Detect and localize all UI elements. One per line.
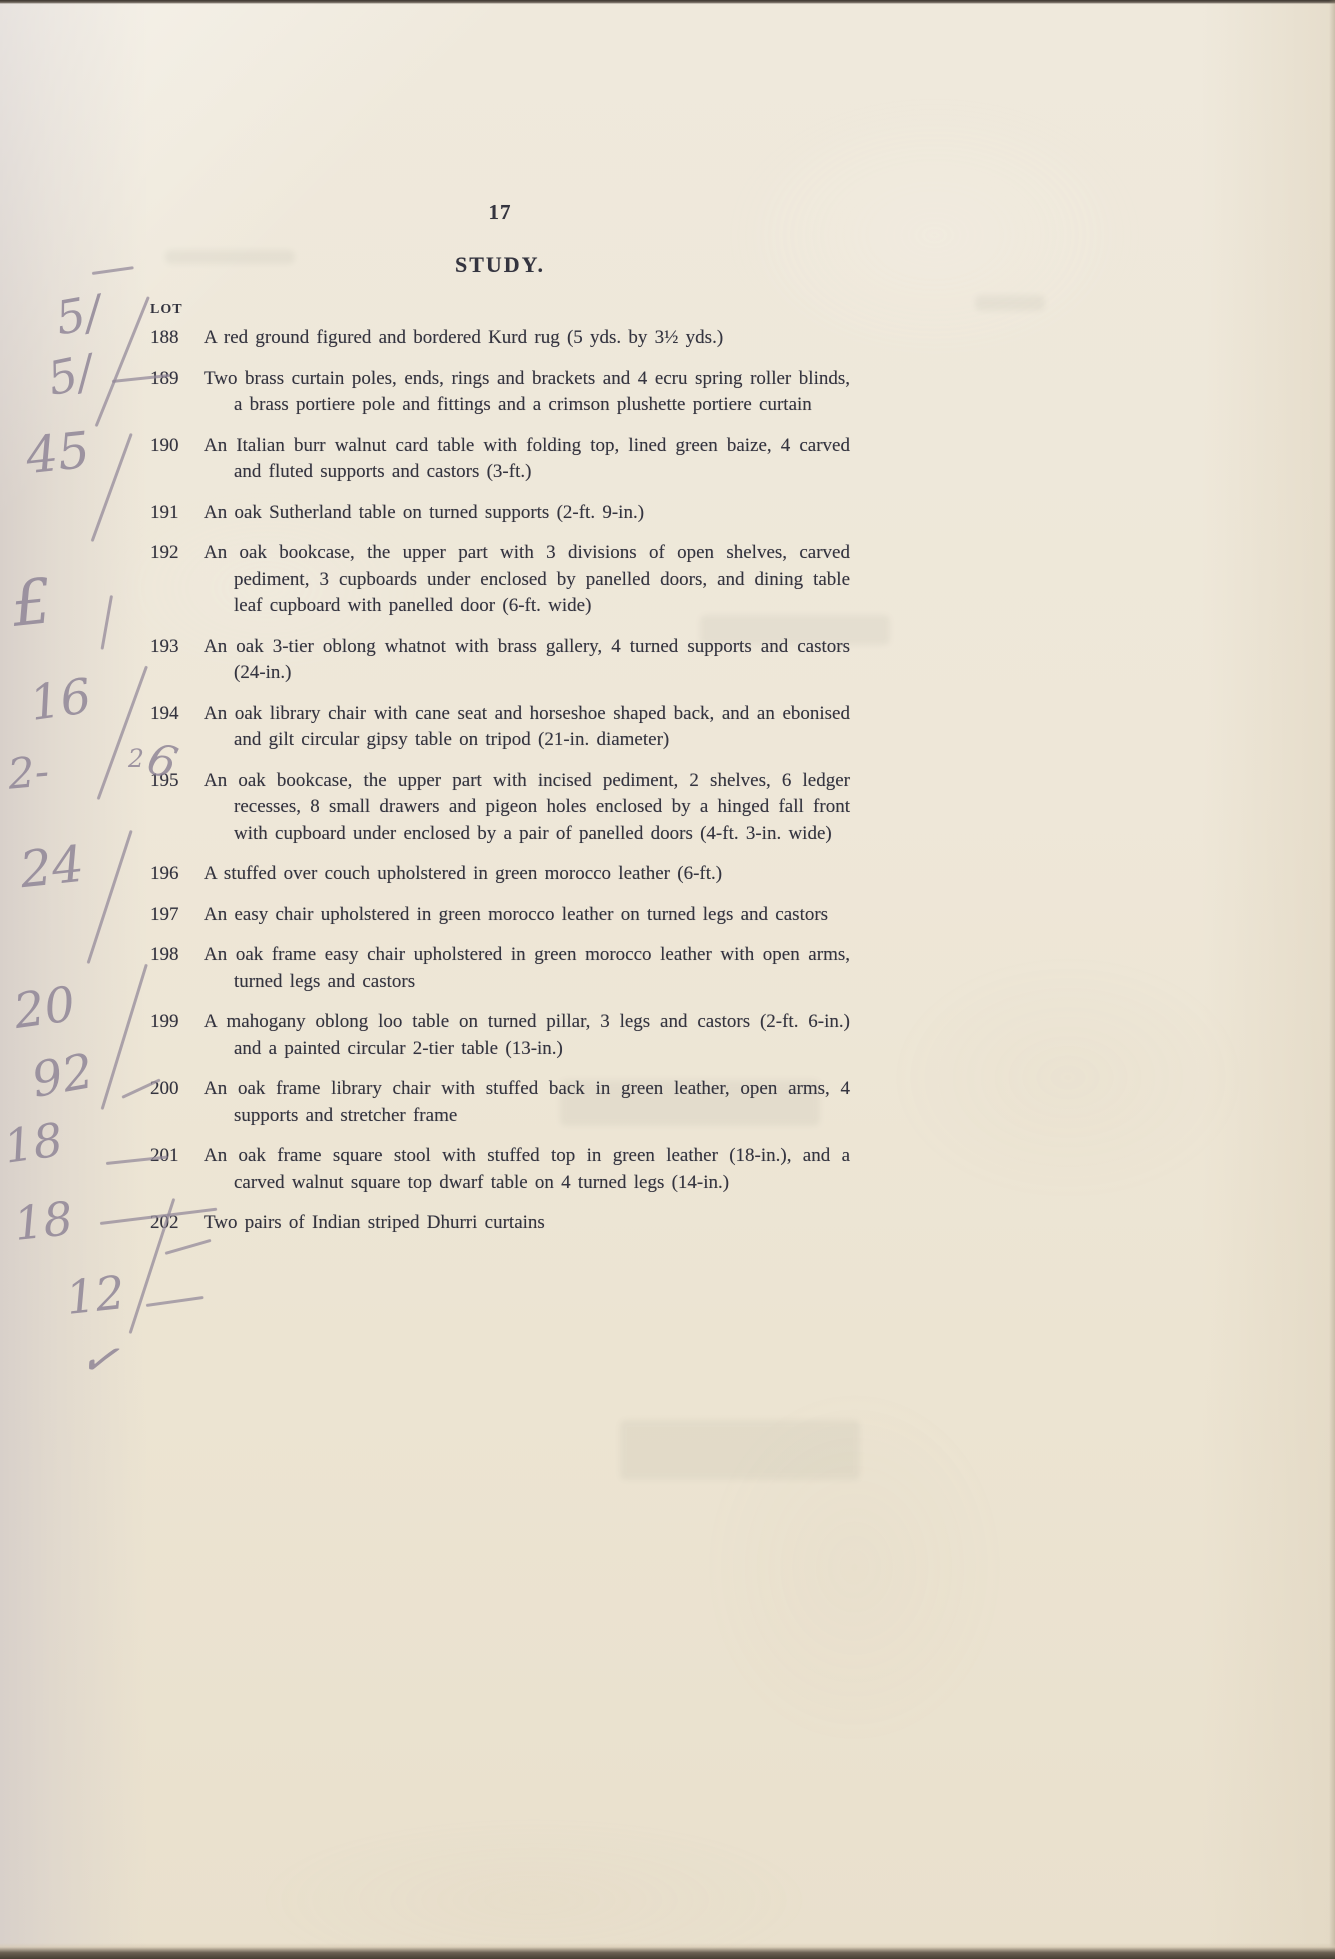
lot-number: 194 — [150, 701, 190, 754]
lot-number: 195 — [150, 768, 190, 848]
lot-description: An oak bookcase, the upper part with inc… — [204, 768, 850, 848]
pencil-annotation: 2- — [6, 750, 50, 795]
lot-list: 188A red ground figured and bordered Kur… — [150, 325, 850, 1237]
lot-number: 197 — [150, 902, 190, 929]
lot-row: 189Two brass curtain poles, ends, rings … — [150, 366, 850, 419]
lot-row: 198An oak frame easy chair upholstered i… — [150, 942, 850, 995]
pencil-stroke — [95, 296, 150, 427]
pencil-stroke — [165, 1239, 212, 1255]
pencil-stroke — [101, 595, 114, 650]
pencil-annotation: 92 — [28, 1047, 96, 1105]
lot-description: An oak frame easy chair upholstered in g… — [204, 942, 850, 995]
lot-row: 197An easy chair upholstered in green mo… — [150, 902, 850, 929]
pencil-stroke — [92, 266, 134, 275]
pencil-annotation: 20 — [11, 980, 78, 1036]
catalogue-page: 17 STUDY. LOT 188A red ground figured an… — [0, 0, 1335, 1959]
lot-description: An oak library chair with cane seat and … — [204, 701, 850, 754]
pencil-annotation: 24 — [18, 839, 87, 895]
pencil-annotation: 5/ — [44, 348, 97, 402]
pencil-annotation: 12 — [64, 1269, 127, 1321]
pencil-stroke — [91, 433, 133, 542]
lot-description: An oak frame library chair with stuffed … — [204, 1076, 850, 1129]
pencil-annotation: 18 — [1, 1116, 65, 1170]
lot-number: 189 — [150, 366, 190, 419]
lot-description: A red ground figured and bordered Kurd r… — [204, 325, 850, 352]
lot-row: 196A stuffed over couch upholstered in g… — [150, 861, 850, 888]
lot-number: 196 — [150, 861, 190, 888]
pencil-annotation: 18 — [12, 1195, 75, 1247]
pencil-annotation: £ — [9, 570, 55, 636]
lot-row: 199A mahogany oblong loo table on turned… — [150, 1009, 850, 1062]
lot-row: 188A red ground figured and bordered Kur… — [150, 325, 850, 352]
lot-number: 198 — [150, 942, 190, 995]
lot-row: 195An oak bookcase, the upper part with … — [150, 768, 850, 848]
lot-description: A mahogany oblong loo table on turned pi… — [204, 1009, 850, 1062]
lot-row: 193An oak 3-tier oblong whatnot with bra… — [150, 634, 850, 687]
lot-number: 193 — [150, 634, 190, 687]
pencil-stroke — [87, 830, 133, 964]
lot-number: 201 — [150, 1143, 190, 1196]
lot-number: 199 — [150, 1009, 190, 1062]
lot-description: Two brass curtain poles, ends, rings and… — [204, 366, 850, 419]
pencil-stroke — [146, 1296, 204, 1307]
lot-row: 194An oak library chair with cane seat a… — [150, 701, 850, 754]
bleedthrough-smudge — [975, 295, 1045, 311]
page-bottom-edge — [0, 1943, 1335, 1959]
lot-row: 192An oak bookcase, the upper part with … — [150, 540, 850, 620]
pencil-annotation: 2 — [128, 746, 144, 771]
lot-description: An easy chair upholstered in green moroc… — [204, 902, 850, 929]
lot-row: 190An Italian burr walnut card table wit… — [150, 433, 850, 486]
lot-number: 200 — [150, 1076, 190, 1129]
lot-number: 202 — [150, 1210, 190, 1237]
lot-number: 191 — [150, 500, 190, 527]
lot-description: An oak Sutherland table on turned suppor… — [204, 500, 850, 527]
pencil-annotation: 16 — [27, 672, 94, 728]
lot-description: An oak 3-tier oblong whatnot with brass … — [204, 634, 850, 687]
lot-number: 192 — [150, 540, 190, 620]
lot-description: Two pairs of Indian striped Dhurri curta… — [204, 1210, 850, 1237]
lot-number: 188 — [150, 325, 190, 352]
section-title: STUDY. — [150, 252, 850, 278]
page-right-edge — [1329, 0, 1335, 1959]
pencil-annotation: 45 — [24, 425, 93, 481]
lot-row: 191An oak Sutherland table on turned sup… — [150, 500, 850, 527]
lot-description: An Italian burr walnut card table with f… — [204, 433, 850, 486]
pencil-annotation: 5/ — [52, 288, 104, 341]
lot-row: 202Two pairs of Indian striped Dhurri cu… — [150, 1210, 850, 1237]
lot-description: An oak frame square stool with stuffed t… — [204, 1143, 850, 1196]
bleedthrough-smudge — [620, 1420, 860, 1480]
pencil-annotation: ✓ — [77, 1334, 122, 1385]
page-content: 17 STUDY. LOT 188A red ground figured an… — [150, 200, 850, 1237]
lot-number: 190 — [150, 433, 190, 486]
pencil-stroke — [97, 666, 148, 800]
pencil-stroke — [101, 964, 148, 1110]
lot-description: A stuffed over couch upholstered in gree… — [204, 861, 850, 888]
lot-column-label: LOT — [150, 302, 850, 318]
lot-row: 201An oak frame square stool with stuffe… — [150, 1143, 850, 1196]
page-number: 17 — [150, 200, 850, 225]
lot-row: 200An oak frame library chair with stuff… — [150, 1076, 850, 1129]
page-top-edge — [0, 0, 1335, 4]
lot-description: An oak bookcase, the upper part with 3 d… — [204, 540, 850, 620]
